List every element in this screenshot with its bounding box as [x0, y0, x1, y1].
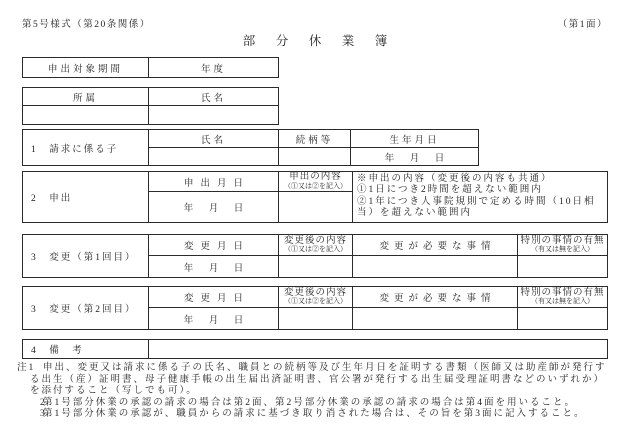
request-info-line3: ②1年につき人事院規則で定める時間（10日相当）を超えない範囲内 — [357, 197, 604, 220]
change2-label: 3 変更（第2回目） — [23, 287, 149, 329]
change1-date-input-cell: 年 月 日 — [149, 256, 279, 277]
child-birth-header: 生年月日 — [351, 130, 478, 148]
remarks-input-cell — [149, 340, 607, 358]
child-name-header: 氏名 — [149, 130, 279, 148]
change1-reason-header: 変更が必要な事情 — [353, 235, 518, 256]
change1-reason-input-cell — [353, 256, 518, 277]
fiscal-year-cell: 年度 — [149, 58, 278, 77]
name-input-cell — [149, 106, 278, 124]
note-item-1: 注1 申出、変更又は請求に係る子の氏名、職員との続柄等及び生年月日を証明する書類… — [30, 363, 616, 398]
request-content-header: 申出の内容 （①又は②を記入） — [279, 172, 353, 192]
child-relation-input-cell — [279, 148, 351, 165]
section1-child-table: 1 請求に係る子 氏名 続柄等 生年月日 年 月 日 — [22, 129, 479, 166]
form-number: 第5号様式（第20条関係） — [22, 16, 151, 28]
page-marker: （第1面） — [558, 16, 608, 28]
section3-change2-table: 3 変更（第2回目） 変更月日 変更後の内容 （①又は②を記入） 変更が必要な事… — [22, 286, 608, 330]
note-marker-2: 2 — [27, 398, 47, 410]
change1-label: 3 変更（第1回目） — [23, 235, 149, 277]
request-content-header-note: （①又は②を記入） — [284, 183, 347, 191]
change2-content-header: 変更後の内容 （①又は②を記入） — [279, 287, 353, 308]
note-marker-1: 注1 — [4, 363, 35, 375]
name-header: 氏名 — [149, 88, 278, 106]
change2-special-header-note: （有又は無を記入） — [531, 298, 594, 306]
child-name-input-cell — [149, 148, 279, 165]
note-item-3: 3 第1号部分休業の承認が、職員からの請求に基づき取り消された場合は、その旨を第… — [30, 409, 616, 421]
header-line: 第5号様式（第20条関係） （第1面） — [22, 16, 608, 28]
remarks-label: 4 備 考 — [23, 340, 149, 358]
change2-reason-header: 変更が必要な事情 — [353, 287, 518, 308]
change1-special-header-note: （有又は無を記入） — [531, 246, 594, 254]
note-text-1: 申出、変更又は請求に係る子の氏名、職員との続柄等及び生年月日を証明する書類（医師… — [30, 363, 607, 396]
change2-special-input-cell — [518, 308, 607, 329]
identity-table: 所属 氏名 — [22, 87, 279, 125]
request-info-cell: ※申出の内容（変更後の内容も共通） ①1日につき2時間を超えない範囲内 ②1年に… — [353, 172, 607, 222]
change2-date-header: 変更月日 — [149, 287, 279, 308]
request-date-header: 申出月日 — [149, 172, 279, 192]
change2-reason-input-cell — [353, 308, 518, 329]
period-label: 申出対象期間 — [23, 58, 149, 77]
change1-content-input-cell — [279, 256, 353, 277]
affiliation-header: 所属 — [23, 88, 149, 106]
request-content-input-cell — [279, 192, 353, 222]
footnotes: 注1 申出、変更又は請求に係る子の氏名、職員との続柄等及び生年月日を証明する書類… — [30, 363, 616, 421]
section3-change1-table: 3 変更（第1回目） 変更月日 変更後の内容 （①又は②を記入） 変更が必要な事… — [22, 234, 608, 278]
change2-content-input-cell — [279, 308, 353, 329]
change1-content-header: 変更後の内容 （①又は②を記入） — [279, 235, 353, 256]
change2-date-input-cell: 年 月 日 — [149, 308, 279, 329]
child-birth-date-cell: 年 月 日 — [351, 148, 478, 165]
change2-content-header-note: （①又は②を記入） — [284, 298, 347, 306]
page-title: 部 分 休 業 簿 — [0, 31, 630, 47]
affiliation-input-cell — [23, 106, 149, 124]
note-item-2: 2 第1号部分休業の承認の請求の場合は第2面、第2号部分休業の承認の請求の場合は… — [30, 398, 616, 410]
request-info-line1: ※申出の内容（変更後の内容も共通） — [357, 174, 604, 185]
request-info-line2: ①1日につき2時間を超えない範囲内 — [357, 185, 604, 196]
section2-request-table: 2 申出 申出月日 申出の内容 （①又は②を記入） ※申出の内容（変更後の内容も… — [22, 171, 608, 223]
section2-label: 2 申出 — [23, 172, 149, 222]
change2-special-header: 特別の事情の有無 （有又は無を記入） — [518, 287, 607, 308]
child-relation-header: 続柄等 — [279, 130, 351, 148]
note-text-2: 第1号部分休業の承認の請求の場合は第2面、第2号部分休業の承認の請求の場合は第4… — [43, 398, 576, 408]
section1-label: 1 請求に係る子 — [23, 130, 149, 165]
note-marker-3: 3 — [27, 409, 47, 421]
period-table: 申出対象期間 年度 — [22, 57, 279, 78]
change1-special-input-cell — [518, 256, 607, 277]
form-page: 第5号様式（第20条関係） （第1面） 部 分 休 業 簿 申出対象期間 年度 … — [0, 0, 630, 439]
section4-remarks-table: 4 備 考 — [22, 339, 608, 359]
request-date-input-cell: 年 月 日 — [149, 192, 279, 222]
change1-special-header: 特別の事情の有無 （有又は無を記入） — [518, 235, 607, 256]
change1-content-header-note: （①又は②を記入） — [284, 246, 347, 254]
note-text-3: 第1号部分休業の承認が、職員からの請求に基づき取り消された場合は、その旨を第3面… — [43, 409, 586, 419]
change1-date-header: 変更月日 — [149, 235, 279, 256]
